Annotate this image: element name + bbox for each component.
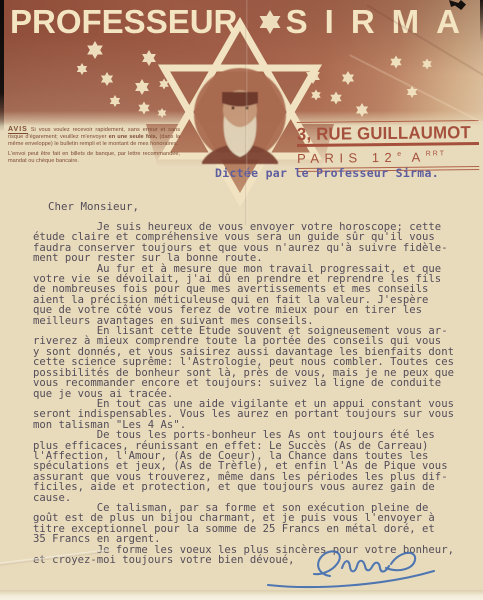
address-arrt-sup: RRT: [426, 150, 446, 157]
title-word-professeur: PROFESSEUR: [10, 4, 237, 40]
title-word-sirma: SIRMA: [286, 4, 477, 40]
star-icon: [158, 108, 167, 118]
address-city-main: PARIS 12: [297, 149, 397, 165]
star-icon: [422, 59, 432, 70]
star-icon: [356, 103, 368, 117]
address-city: PARIS 12e ARRT: [297, 147, 479, 166]
letter-line: vous recommander encore et toujours: sui…: [33, 378, 454, 388]
address-block: 3, RUE GUILLAUMOT PARIS 12e ARRT: [297, 120, 480, 171]
salutation: Cher Monsieur,: [48, 200, 139, 213]
signature-sirma: [258, 540, 443, 597]
star-icon: [330, 92, 341, 105]
letter-line: ficiles, aide et protection, et que touj…: [33, 482, 454, 492]
scan-edge-left: [0, 0, 4, 132]
letter-line: De tous les ports-bonheur les As ont tou…: [33, 430, 454, 440]
dictation-line: Dictée par le Professeur Sirma.: [215, 166, 439, 180]
letter-body: Je suis heureux de vous envoyer votre ho…: [33, 222, 454, 565]
star-icon: [77, 63, 87, 75]
star-icon: [135, 79, 149, 95]
notice-paragraph-1: AVIS Si vous voulez recevoir rapidement,…: [8, 126, 180, 148]
notice-bold-phrase: en une seule fois,: [109, 134, 158, 140]
star-icon: [138, 102, 149, 115]
letterhead-title: PROFESSEUR SIRMA: [10, 4, 477, 40]
paper-crease-vertical: [245, 0, 248, 225]
address-city-mid: A: [403, 149, 426, 164]
star-icon: [87, 41, 103, 59]
star-icon: [110, 95, 120, 107]
star-icon: [142, 50, 156, 66]
signature-ink-stroke: [258, 540, 443, 592]
notice-paragraph-2: L'envoi peut être fait en billets de ban…: [8, 151, 180, 165]
notice-label: AVIS: [8, 126, 28, 134]
paper-bottom-edge: [0, 590, 483, 600]
star-icon: [101, 72, 113, 86]
notice-block: AVIS Si vous voulez recevoir rapidement,…: [8, 126, 180, 165]
address-street: 3, RUE GUILLAUMOT: [297, 123, 472, 143]
star-icon: [311, 90, 321, 101]
star-icon: [390, 56, 401, 69]
scanned-letter-page: PROFESSEUR SIRMA AVIS Si vous voulez rec…: [0, 0, 483, 600]
star-icon: [342, 71, 354, 85]
